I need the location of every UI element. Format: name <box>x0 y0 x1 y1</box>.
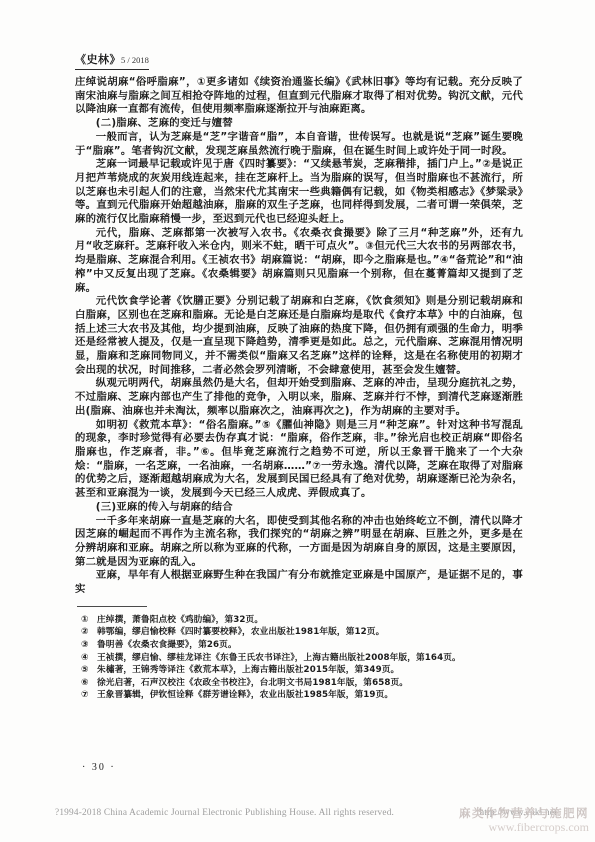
watermark-site-name: 麻类作物营养与施肥网 <box>459 806 589 820</box>
footnote-text: 王祯撰，缪启愉、缪桂龙译注《东鲁王氏农书译注》，上海古籍出版社2008年版，第1… <box>97 652 523 665</box>
footnote-marker: ⑦ <box>81 689 97 702</box>
footnote-item: ⑥ 徐光启著，石声汉校注《农政全书校注》，台北明文书局1981年版，第658页。 <box>81 677 523 690</box>
footnote-item: ④ 王祯撰，缪启愉、缪桂龙译注《东鲁王氏农书译注》，上海古籍出版社2008年版，… <box>81 652 523 665</box>
footnote-marker: ③ <box>81 639 97 652</box>
journal-page: 《史林》5 / 2018 庄绰说胡麻“俗呼脂麻”，①更多诸如《续资治通鉴长编》《… <box>0 0 595 842</box>
footnote-item: ② 韩鄂编，缪启愉校释《四时纂要校释》，农业出版社1981年版，第12页。 <box>81 626 523 639</box>
paragraph: 元代，脂麻、芝麻都第一次被写入农书。《农桑衣食撮要》除了三月“种芝麻”外，还有九… <box>75 227 523 296</box>
footnote-text: 朱橚著，王锦秀等译注《救荒本草》，上海古籍出版社2015年版，第349页。 <box>97 664 523 677</box>
journal-title: 《史林》 <box>75 53 121 66</box>
paragraph-continuation: 庄绰说胡麻“俗呼脂麻”，①更多诸如《续资治通鉴长编》《武林旧事》等均有记载。充分… <box>75 76 523 117</box>
footnote-separator <box>77 606 147 607</box>
footnote-marker: ④ <box>81 652 97 665</box>
footnote-text: 鲁明善《农桑衣食撮要》，第26页。 <box>97 639 523 652</box>
paragraph: 一千多年来胡麻一直是芝麻的大名，即使受到其他名称的冲击也始终屹立不倒，清代以降才… <box>75 515 523 570</box>
journal-issue: 5 / 2018 <box>121 55 149 65</box>
paragraph: 亚麻，早年有人根据亚麻野生种在我国广有分布就推定亚麻是中国原产，是证据不足的，事… <box>75 569 523 596</box>
paragraph: 纵观元明两代，胡麻虽然仍是大名，但却开始受到脂麻、芝麻的冲击，呈现分庭抗礼之势，… <box>75 377 523 418</box>
footnote-marker: ⑤ <box>81 664 97 677</box>
copyright-text: ?1994-2018 China Academic Journal Electr… <box>55 808 394 818</box>
footnote-item: ⑤ 朱橚著，王锦秀等译注《救荒本草》，上海古籍出版社2015年版，第349页。 <box>81 664 523 677</box>
footnote-text: 徐光启著，石声汉校注《农政全书校注》，台北明文书局1981年版，第658页。 <box>97 677 523 690</box>
section-heading-2: (二)脂麻、芝麻的变迁与嬗替 <box>75 117 523 131</box>
fibercrops-watermark: 麻类作物营养与施肥网 www.fibercrops.com <box>459 806 589 834</box>
footnotes-block: ① 庄绰撰，萧鲁阳点校《鸡肋编》，第32页。 ② 韩鄂编，缪启愉校释《四时纂要校… <box>75 614 523 702</box>
footnote-item: ① 庄绰撰，萧鲁阳点校《鸡肋编》，第32页。 <box>81 614 523 627</box>
article-content: 庄绰说胡麻“俗呼脂麻”，①更多诸如《续资治通鉴长编》《武林旧事》等均有记载。充分… <box>75 76 523 702</box>
footnote-text: 庄绰撰，萧鲁阳点校《鸡肋编》，第32页。 <box>97 614 523 627</box>
page-number: · 30 · <box>82 762 116 773</box>
paragraph: 如明初《救荒本草》：“俗名脂麻。”⑤《臞仙神隐》则是三月“种芝麻”。针对这种书写… <box>75 419 523 501</box>
footnote-marker: ① <box>81 614 97 627</box>
footnote-text: 王象晋纂辑，伊钦恒诠释《群芳谱诠释》，农业出版社1985年版，第19页。 <box>97 689 523 702</box>
footnote-item: ⑦ 王象晋纂辑，伊钦恒诠释《群芳谱诠释》，农业出版社1985年版，第19页。 <box>81 689 523 702</box>
watermark-site-url: www.fibercrops.com <box>459 820 589 834</box>
paragraph: 元代饮食学论著《饮膳正要》分别记载了胡麻和白芝麻，《饮食须知》则是分别记载胡麻和… <box>75 295 523 377</box>
footnote-marker: ② <box>81 626 97 639</box>
footnote-marker: ⑥ <box>81 677 97 690</box>
paragraph: 一般而言，认为芝麻是“芝”字谐音“脂”，本自音谐，世传误写。也就是说“芝麻”诞生… <box>75 131 523 158</box>
journal-header: 《史林》5 / 2018 <box>75 48 149 70</box>
section-heading-3: (三)亚麻的传入与胡麻的结合 <box>75 501 523 515</box>
footnote-text: 韩鄂编，缪启愉校释《四时纂要校释》，农业出版社1981年版，第12页。 <box>97 626 523 639</box>
paragraph: 芝麻一词最早记载或许见于唐《四时纂要》：“又续悬苇炭，芝麻稭排，插门户上。”②是… <box>75 158 523 227</box>
footnote-item: ③ 鲁明善《农桑衣食撮要》，第26页。 <box>81 639 523 652</box>
article-body: 庄绰说胡麻“俗呼脂麻”，①更多诸如《续资治通鉴长编》《武林旧事》等均有记载。充分… <box>75 76 523 597</box>
